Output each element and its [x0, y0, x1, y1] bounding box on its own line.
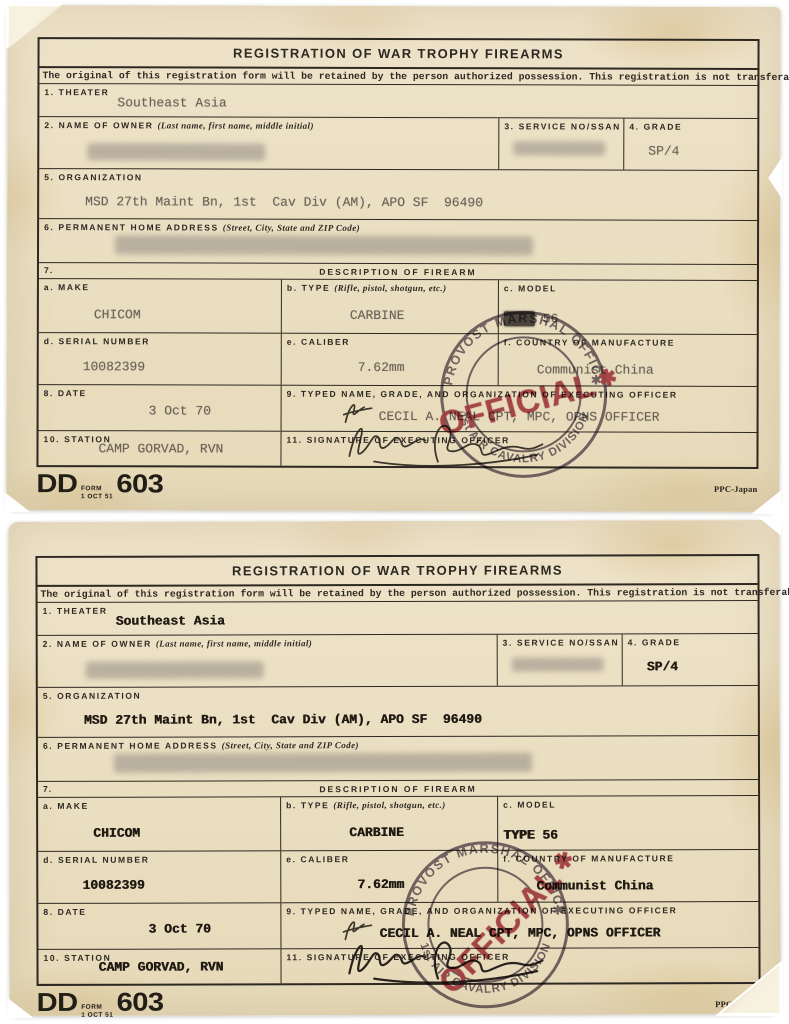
model-value: TYPE 56	[504, 311, 559, 326]
executing-officer-signature	[327, 412, 562, 475]
dd-prefix: DD	[36, 468, 77, 499]
make-value: CHICOM	[93, 826, 140, 841]
country-value: Communist China	[536, 878, 653, 893]
redacted-service-no	[513, 141, 605, 155]
theater-label: 1. THEATER	[43, 606, 108, 616]
service-no-label: 3. SERVICE NO/SSAN	[503, 637, 620, 647]
country-label: f. COUNTRY OF MANUFACTURE	[504, 337, 675, 347]
corner-cut	[8, 998, 34, 1018]
type-label: b. TYPE (Rifle, pistol, shotgun, etc.)	[286, 800, 450, 812]
organization-label: 5. ORGANIZATION	[43, 691, 141, 701]
dd-prefix: DD	[37, 987, 78, 1018]
redacted-home-address	[114, 753, 532, 773]
form-footer: DDFORM1 OCT 51603 PPC-Japan	[37, 985, 759, 1024]
station-value: CAMP GORVAD, RVN	[99, 959, 224, 974]
form-copy-2: REGISTRATION OF WAR TROPHY FIREARMS The …	[8, 520, 780, 1016]
redacted-owner-name	[87, 143, 265, 160]
type-value: CARBINE	[349, 825, 404, 840]
make-label: a. MAKE	[43, 801, 89, 811]
organization-value: MSD 27th Maint Bn, 1st Cav Div (AM), APO…	[84, 712, 482, 728]
organization-label: 5. ORGANIZATION	[44, 172, 142, 182]
serial-number-value: 10082399	[82, 878, 144, 893]
executing-officer-signature	[327, 929, 562, 992]
home-address-label: 6. PERMANENT HOME ADDRESS (Street, City,…	[43, 740, 359, 751]
form-title: REGISTRATION OF WAR TROPHY FIREARMS	[233, 46, 564, 62]
form-notice: The original of this registration form w…	[38, 587, 789, 600]
caliber-value: 7.62mm	[357, 877, 404, 892]
description-header: DESCRIPTION OF FIREARM	[38, 783, 758, 795]
make-label: a. MAKE	[44, 282, 90, 292]
country-label: f. COUNTRY OF MANUFACTURE	[503, 853, 674, 863]
owner-label: 2. NAME OF OWNER (Last name, first name,…	[44, 120, 314, 131]
grade-value: SP/4	[647, 659, 678, 674]
date-label: 8. DATE	[44, 388, 87, 398]
serial-number-value: 10082399	[83, 359, 145, 374]
grade-label: 4. GRADE	[628, 637, 681, 647]
type-label: b. TYPE (Rifle, pistol, shotgun, etc.)	[287, 283, 451, 295]
service-no-label: 3. SERVICE NO/SSAN	[504, 121, 621, 131]
edge-nick	[768, 157, 782, 199]
date-value: 3 Oct 70	[148, 921, 210, 936]
caliber-label: e. CALIBER	[286, 854, 349, 864]
country-value: Communist China	[537, 362, 654, 377]
printer-mark: PPC-Japan	[714, 484, 757, 494]
redacted-owner-name	[86, 661, 264, 678]
dd603-form: REGISTRATION OF WAR TROPHY FIREARMS The …	[36, 37, 759, 469]
redacted-service-no	[512, 657, 604, 671]
form-edition: FORM1 OCT 51	[81, 1004, 113, 1021]
description-number: 7.	[43, 784, 52, 794]
grade-label: 4. GRADE	[629, 122, 682, 132]
redacted-home-address	[115, 235, 533, 255]
station-value: CAMP GORVAD, RVN	[98, 441, 223, 456]
caliber-value: 7.62mm	[358, 360, 405, 375]
type-value: CARBINE	[350, 308, 405, 323]
date-label: 8. DATE	[43, 907, 86, 917]
model-label: c. MODEL	[503, 800, 556, 810]
organization-value: MSD 27th Maint Bn, 1st Cav Div (AM), APO…	[85, 194, 483, 210]
form-footer: DDFORM1 OCT 51603 PPC-Japan	[36, 468, 757, 510]
form-number: 603	[116, 468, 163, 499]
serial-number-label: d. SERIAL NUMBER	[43, 855, 149, 865]
caliber-label: e. CALIBER	[287, 337, 350, 347]
description-header: DESCRIPTION OF FIREARM	[39, 266, 757, 278]
form-title: REGISTRATION OF WAR TROPHY FIREARMS	[232, 563, 563, 579]
form-edition: FORM1 OCT 51	[81, 485, 113, 502]
home-address-label: 6. PERMANENT HOME ADDRESS (Street, City,…	[44, 222, 360, 233]
form-copy-1: REGISTRATION OF WAR TROPHY FIREARMS The …	[6, 5, 780, 512]
corner-cut	[759, 518, 781, 536]
theater-value: Southeast Asia	[117, 95, 226, 110]
form-notice: The original of this registration form w…	[39, 70, 789, 83]
dd603-form: REGISTRATION OF WAR TROPHY FIREARMS The …	[35, 554, 760, 986]
grade-value: SP/4	[648, 144, 679, 159]
form-number: 603	[116, 987, 163, 1018]
date-value: 3 Oct 70	[149, 403, 211, 418]
description-number: 7.	[44, 265, 53, 275]
make-value: CHICOM	[94, 307, 141, 322]
model-value: TYPE 56	[503, 828, 558, 843]
owner-label: 2. NAME OF OWNER (Last name, first name,…	[43, 638, 313, 649]
theater-label: 1. THEATER	[44, 87, 109, 97]
model-label: c. MODEL	[504, 283, 557, 293]
serial-number-label: d. SERIAL NUMBER	[44, 336, 150, 346]
theater-value: Southeast Asia	[116, 613, 225, 628]
corner-cut	[4, 492, 30, 512]
